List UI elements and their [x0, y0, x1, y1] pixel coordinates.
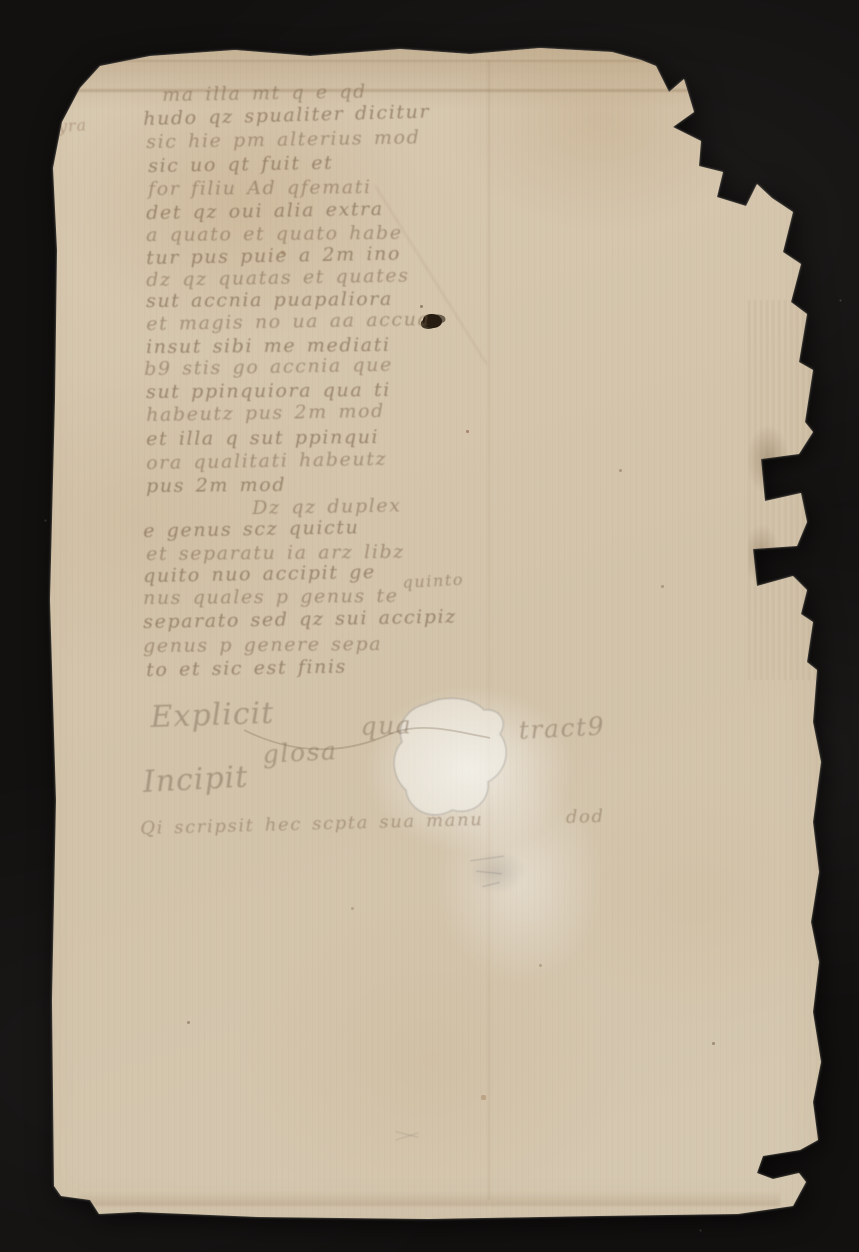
text-line: ora qualitati habeutz	[146, 448, 387, 474]
glosa-word: glosa	[262, 736, 338, 769]
text-line: habeutz pus 2m mod	[146, 400, 385, 426]
text-line: dz qz quatas et quates	[146, 264, 410, 291]
qua-word: qua	[360, 710, 413, 741]
incipit-word: Incipit	[142, 759, 249, 799]
text-line: b9 stis go accnia que	[144, 354, 393, 380]
text-line: et illa q sut ppinqui	[146, 426, 379, 450]
manuscript-leaf: gyra ma illa mt q e qd hudo qz spualiter…	[0, 0, 859, 1252]
text-line: quito nuo accipit ge	[143, 561, 376, 587]
scribe-line: Qi scripsit hec scpta sua manu dod	[140, 806, 605, 839]
margin-note: gyra	[46, 115, 88, 137]
text-line: pus 2m mod	[146, 474, 286, 497]
text-line: nus quales p genus te	[143, 585, 399, 609]
text-line: et magis no ua aa accua	[146, 308, 431, 335]
text-line: sic uo qt fuit et	[148, 152, 334, 177]
bottom-edge-shading	[80, 1192, 780, 1206]
text-line: sic hie pm alterius mod	[146, 126, 421, 153]
pencil-smudge	[462, 838, 532, 900]
text-line: separato sed qz sui accipiz	[143, 606, 457, 633]
fold-crease-vertical	[488, 60, 490, 1200]
torn-edge-flap-shading	[748, 300, 818, 680]
top-edge-crease	[70, 60, 770, 63]
text-line: genus p genere sepa	[143, 633, 382, 657]
interlinear-addition: quinto	[402, 570, 465, 592]
text-line: Dz qz duplex	[252, 494, 402, 519]
manuscript-photograph: gyra ma illa mt q e qd hudo qz spualiter…	[0, 0, 859, 1252]
text-line: to et sic est finis	[146, 655, 347, 681]
stain-specks	[0, 0, 1, 1]
manuscript-leaf-wrapper: gyra ma illa mt q e qd hudo qz spualiter…	[0, 0, 859, 1252]
text-line: for filiu Ad qfemati	[148, 176, 372, 200]
tractatus-word: tract9	[518, 711, 606, 744]
text-line: det qz oui alia extra	[146, 198, 384, 224]
text-line: e genus scz quictu	[143, 516, 360, 542]
explicit-word: Explicit	[150, 696, 275, 735]
faint-bottom-mark	[395, 1128, 423, 1146]
